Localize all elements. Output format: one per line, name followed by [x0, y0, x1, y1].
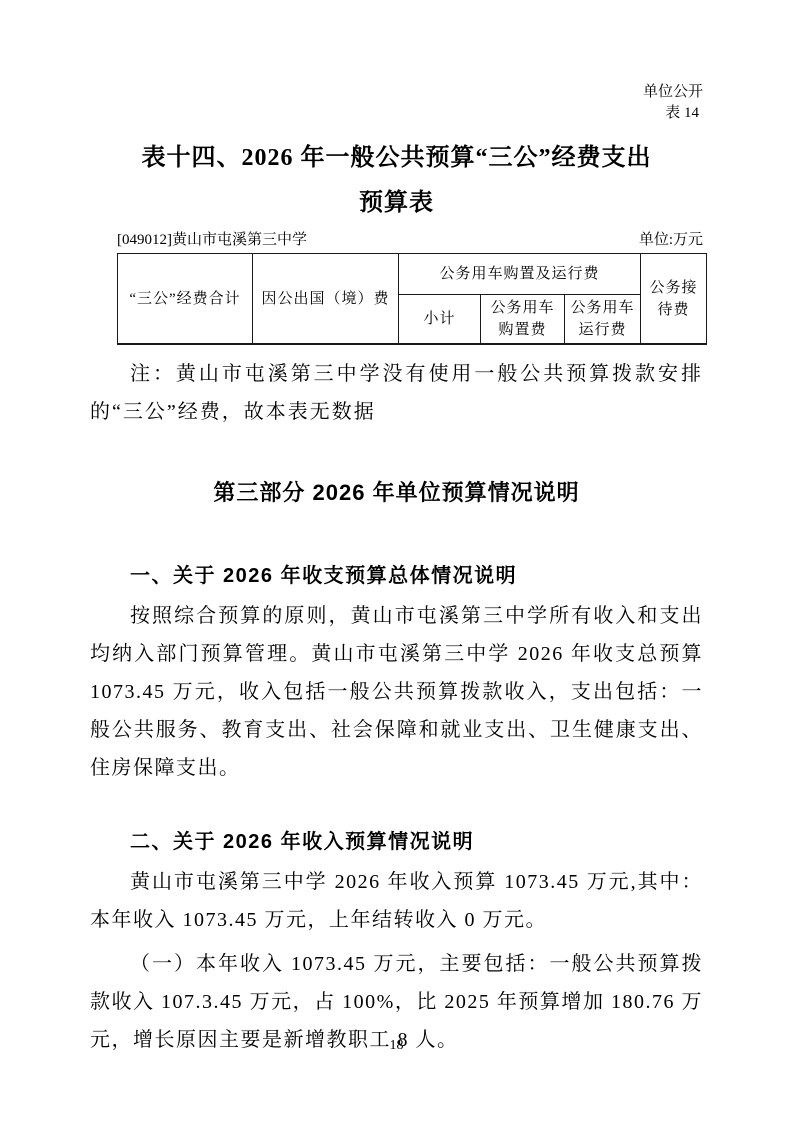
header-cell-vehicle-group: 公务用车购置及运行费: [399, 254, 641, 295]
subsection-1-paragraph: 按照综合预算的原则，黄山市屯溪第三中学所有收入和支出均纳入部门预算管理。黄山市屯…: [90, 597, 703, 787]
page-title-line1: 表十四、2026 年一般公共预算“三公”经费支出: [90, 136, 703, 181]
org-code-label: [049012]黄山市屯溪第三中学: [117, 230, 307, 250]
header-cell-vehicle-operation: 公务用车运行费: [565, 295, 641, 345]
subsection-2-heading: 二、关于 2026 年收入预算情况说明: [90, 827, 703, 857]
header-cell-reception-expense: 公务接待费: [641, 254, 707, 345]
document-page: 单位公开 表 14 表十四、2026 年一般公共预算“三公”经费支出 预算表 […: [0, 0, 793, 1122]
page-title-line2: 预算表: [90, 181, 703, 226]
three-public-budget-table: “三公”经费合计 因公出国（境）费 公务用车购置及运行费 公务接待费 小计 公务…: [117, 253, 707, 345]
header-cell-vehicle-subtotal: 小计: [399, 295, 481, 345]
subsection-1-heading: 一、关于 2026 年收支预算总体情况说明: [90, 561, 703, 591]
part-three-heading: 第三部分 2026 年单位预算情况说明: [90, 477, 703, 509]
table-note: 注：黄山市屯溪第三中学没有使用一般公共预算拨款安排的“三公”经费，故本表无数据: [90, 355, 703, 431]
header-cell-abroad-expense: 因公出国（境）费: [253, 254, 399, 345]
table-header-row-1: “三公”经费合计 因公出国（境）费 公务用车购置及运行费 公务接待费: [118, 254, 707, 295]
page-title: 表十四、2026 年一般公共预算“三公”经费支出 预算表: [90, 136, 703, 226]
page-number: 18: [0, 1038, 793, 1054]
header-cell-vehicle-purchase: 公务用车购置费: [481, 295, 565, 345]
table-info-row: [049012]黄山市屯溪第三中学 单位:万元: [90, 230, 703, 250]
public-disclosure-label: 单位公开: [90, 82, 703, 103]
header-cell-three-public-total: “三公”经费合计: [118, 254, 253, 345]
corner-labels: 单位公开 表 14: [90, 0, 703, 124]
subsection-2-paragraph-1: 黄山市屯溪第三中学 2026 年收入预算 1073.45 万元,其中：本年收入 …: [90, 863, 703, 939]
table-number-label: 表 14: [90, 103, 703, 124]
unit-label: 单位:万元: [639, 230, 703, 250]
